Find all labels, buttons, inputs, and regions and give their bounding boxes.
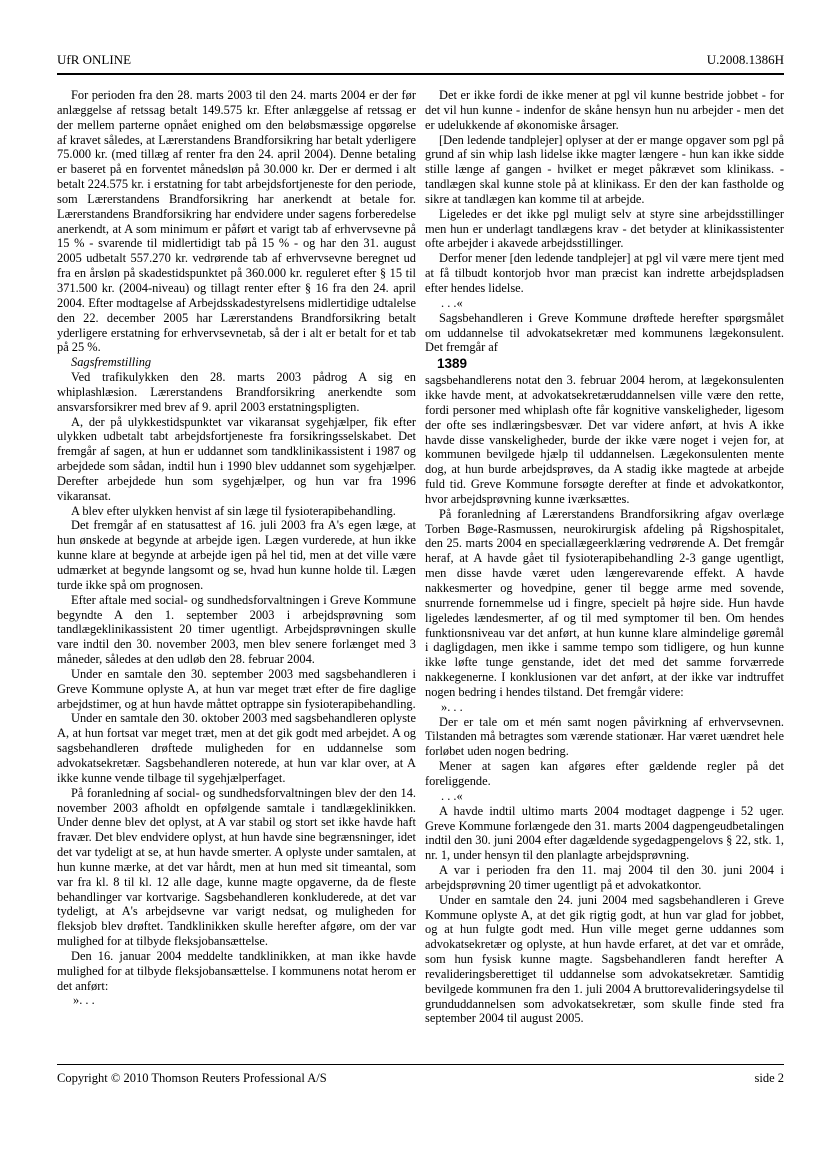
header-publication-title: UfR ONLINE (57, 52, 131, 68)
paragraph: Derfor mener [den ledende tandplejer] at… (425, 251, 784, 296)
footer-copyright: Copyright © 2010 Thomson Reuters Profess… (57, 1071, 327, 1086)
paragraph: Under en samtale den 30. september 2003 … (57, 667, 416, 712)
footer-page-number: side 2 (754, 1071, 784, 1086)
header-case-reference: U.2008.1386H (707, 52, 784, 68)
quote-marker: ». . . (425, 700, 784, 715)
paragraph: For perioden fra den 28. marts 2003 til … (57, 88, 416, 355)
quote-marker: . . .« (425, 296, 784, 311)
paragraph: sagsbehandlerens notat den 3. februar 20… (425, 373, 784, 507)
paragraph: Under en samtale den 30. oktober 2003 me… (57, 711, 416, 785)
page-footer: Copyright © 2010 Thomson Reuters Profess… (57, 1064, 784, 1086)
section-heading: Sagsfremstilling (57, 355, 416, 370)
paragraph: A var i perioden fra den 11. maj 2004 ti… (425, 863, 784, 893)
paragraph: Under en samtale den 24. juni 2004 med s… (425, 893, 784, 1027)
paragraph: [Den ledende tandplejer] oplyser at der … (425, 133, 784, 207)
left-column: For perioden fra den 28. marts 2003 til … (57, 88, 416, 1026)
paragraph: Efter aftale med social- og sundhedsforv… (57, 593, 416, 667)
paragraph: På foranledning af Lærerstandens Brandfo… (425, 507, 784, 700)
page-header: UfR ONLINE U.2008.1386H (57, 52, 784, 75)
paragraph: Ligeledes er det ikke pgl muligt selv at… (425, 207, 784, 252)
paragraph: A havde indtil ultimo marts 2004 modtage… (425, 804, 784, 863)
page-break-marker: 1389 (425, 356, 784, 372)
paragraph: Der er tale om et mén samt nogen påvirkn… (425, 715, 784, 760)
paragraph: Ved trafikulykken den 28. marts 2003 påd… (57, 370, 416, 415)
quote-marker: . . .« (425, 789, 784, 804)
paragraph: Sagsbehandleren i Greve Kommune drøftede… (425, 311, 784, 356)
paragraph: På foranledning af social- og sundhedsfo… (57, 786, 416, 949)
document-body: For perioden fra den 28. marts 2003 til … (57, 88, 784, 1026)
paragraph: Det er ikke fordi de ikke mener at pgl v… (425, 88, 784, 133)
document-page: UfR ONLINE U.2008.1386H For perioden fra… (0, 0, 827, 1170)
paragraph: A blev efter ulykken henvist af sin læge… (57, 504, 416, 519)
paragraph: Den 16. januar 2004 meddelte tandklinikk… (57, 949, 416, 994)
paragraph: A, der på ulykkestidspunktet var vikaran… (57, 415, 416, 504)
right-column: Det er ikke fordi de ikke mener at pgl v… (425, 88, 784, 1026)
paragraph: Det fremgår af en statusattest af 16. ju… (57, 518, 416, 592)
quote-marker: ». . . (57, 993, 416, 1008)
paragraph: Mener at sagen kan afgøres efter gældend… (425, 759, 784, 789)
